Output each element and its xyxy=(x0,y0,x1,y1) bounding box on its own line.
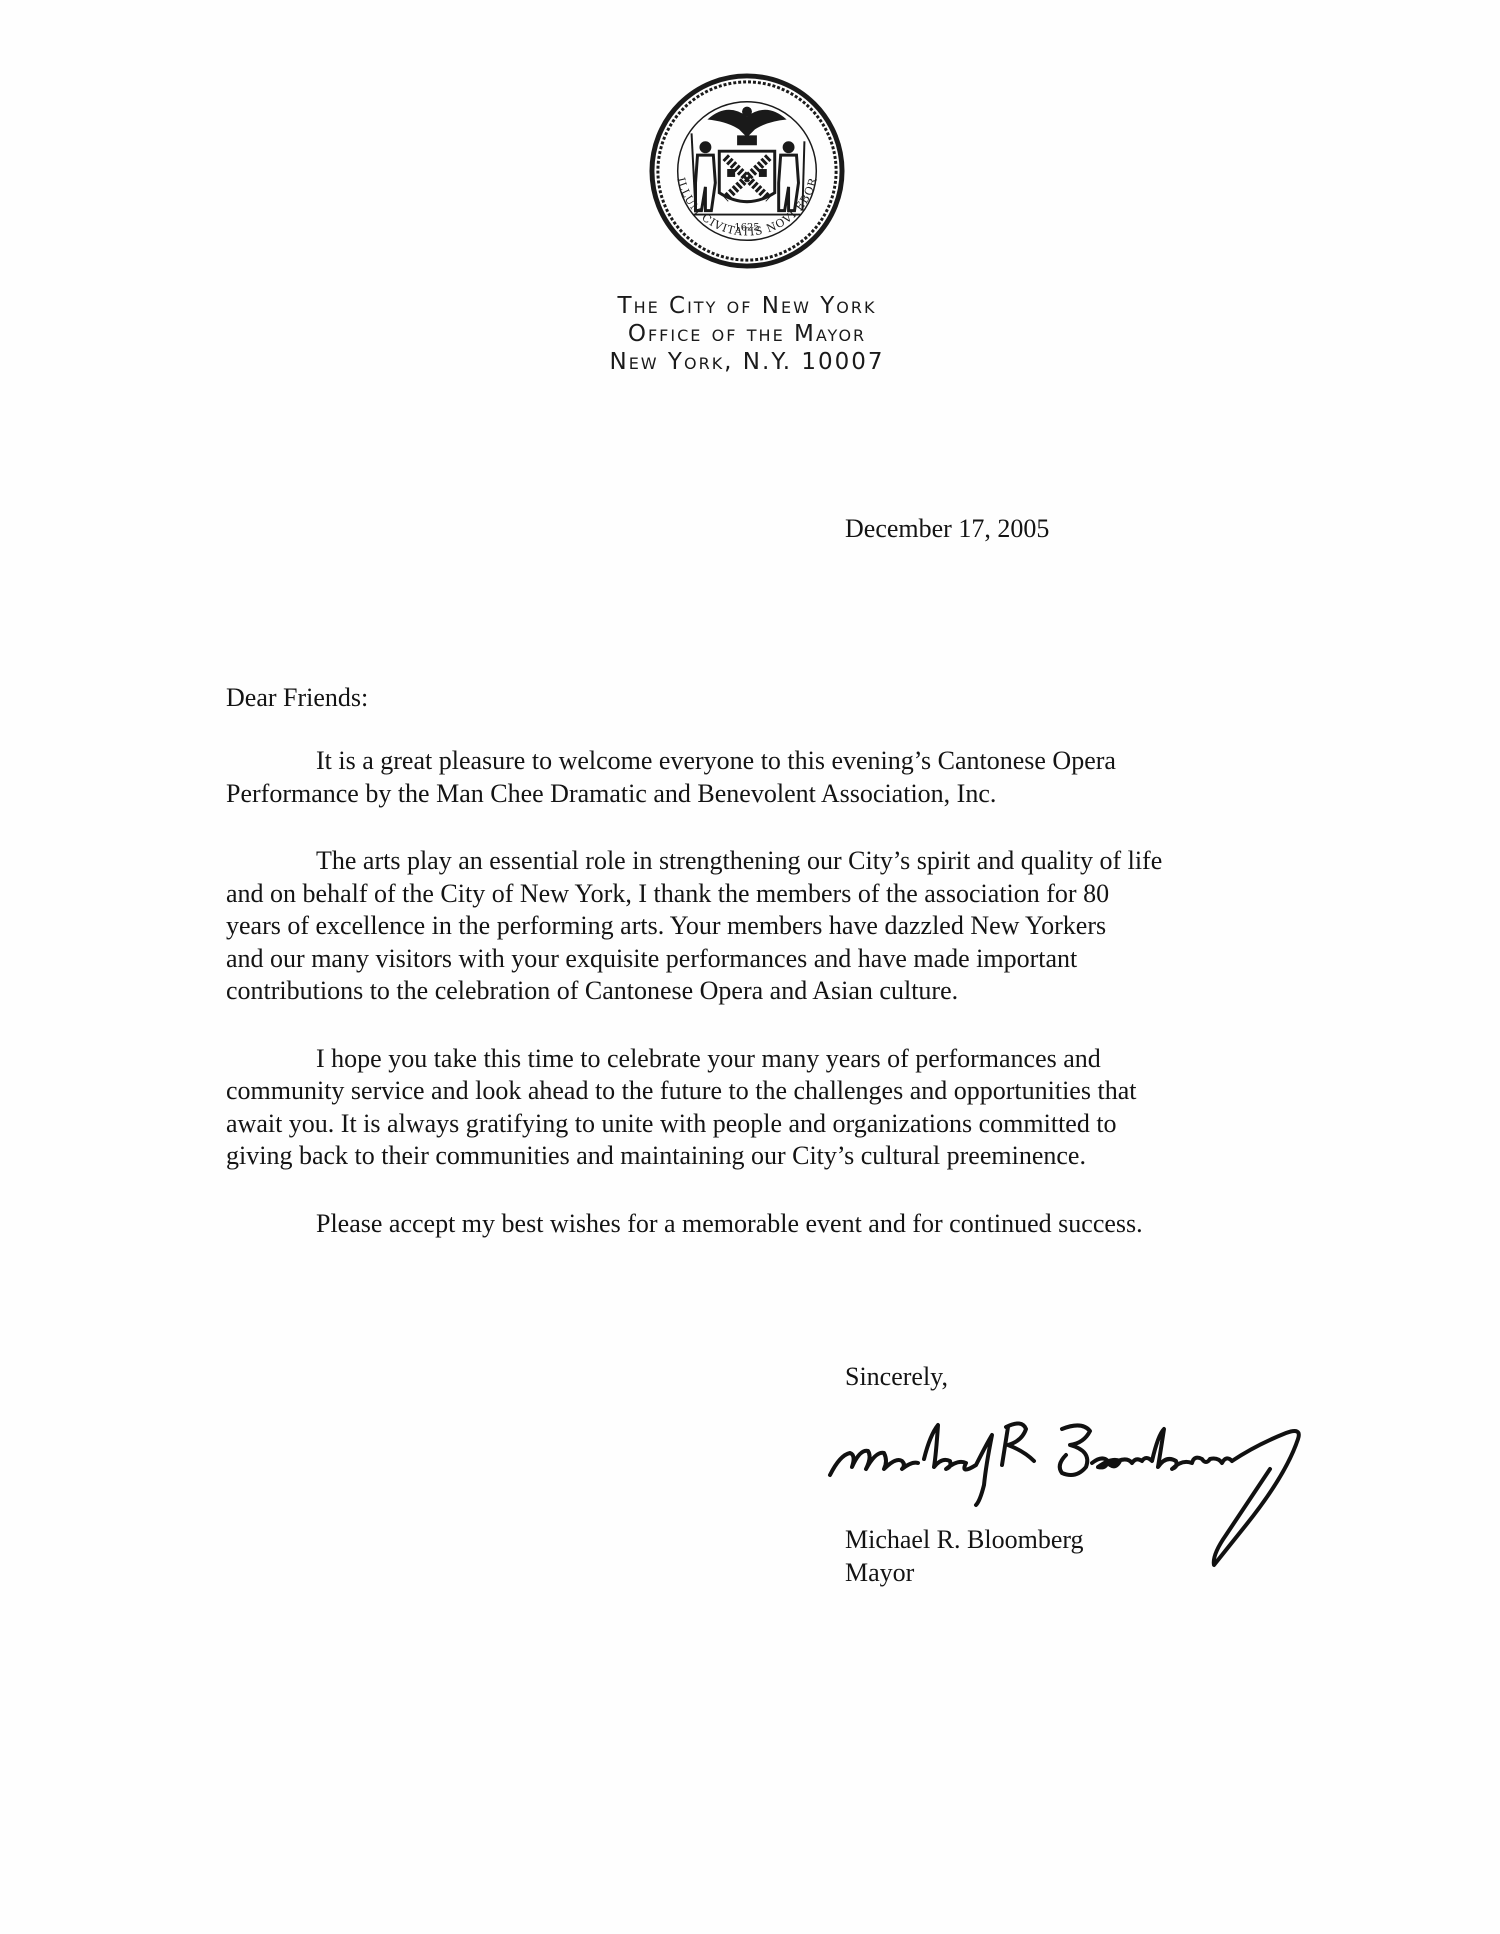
paragraph-line: giving back to their communities and mai… xyxy=(226,1140,1276,1173)
paragraph-line: Please accept my best wishes for a memor… xyxy=(226,1208,1276,1241)
signer-name: Michael R. Bloomberg xyxy=(845,1525,1084,1555)
nyc-seal-icon: SIGILLUM CIVITATIS NOVI EBORACI 1625 xyxy=(648,72,846,270)
signer-title: Mayor xyxy=(845,1558,914,1588)
paragraph-line: contributions to the celebration of Cant… xyxy=(226,975,1276,1008)
letter-date: December 17, 2005 xyxy=(845,514,1049,544)
letter-body: It is a great pleasure to welcome everyo… xyxy=(226,745,1276,1275)
paragraph-line: and on behalf of the City of New York, I… xyxy=(226,878,1276,911)
paragraph-line: The arts play an essential role in stren… xyxy=(226,845,1276,878)
letterhead-office: Office of the Mayor xyxy=(0,320,1500,348)
salutation: Dear Friends: xyxy=(226,683,368,713)
paragraph-line: await you. It is always gratifying to un… xyxy=(226,1108,1276,1141)
svg-text:1625: 1625 xyxy=(734,222,759,233)
closing: Sincerely, xyxy=(845,1362,948,1392)
paragraph-line: community service and look ahead to the … xyxy=(226,1075,1276,1108)
paragraph-line: and our many visitors with your exquisit… xyxy=(226,943,1276,976)
paragraph-welcome: It is a great pleasure to welcome everyo… xyxy=(226,745,1276,810)
paragraph-line: years of excellence in the performing ar… xyxy=(226,910,1276,943)
letterhead: The City of New York Office of the Mayor… xyxy=(0,292,1500,376)
paragraph-wishes: Please accept my best wishes for a memor… xyxy=(226,1208,1276,1241)
letterhead-city: The City of New York xyxy=(0,292,1500,320)
paragraph-line: Performance by the Man Chee Dramatic and… xyxy=(226,778,1276,811)
letterhead-address: New York, N.Y. 10007 xyxy=(0,348,1500,376)
paragraph-celebrate: I hope you take this time to celebrate y… xyxy=(226,1043,1276,1173)
paragraph-line: I hope you take this time to celebrate y… xyxy=(226,1043,1276,1076)
paragraph-line: It is a great pleasure to welcome everyo… xyxy=(226,745,1276,778)
letter-page: SIGILLUM CIVITATIS NOVI EBORACI 1625 The… xyxy=(0,0,1500,1934)
paragraph-arts: The arts play an essential role in stren… xyxy=(226,845,1276,1008)
